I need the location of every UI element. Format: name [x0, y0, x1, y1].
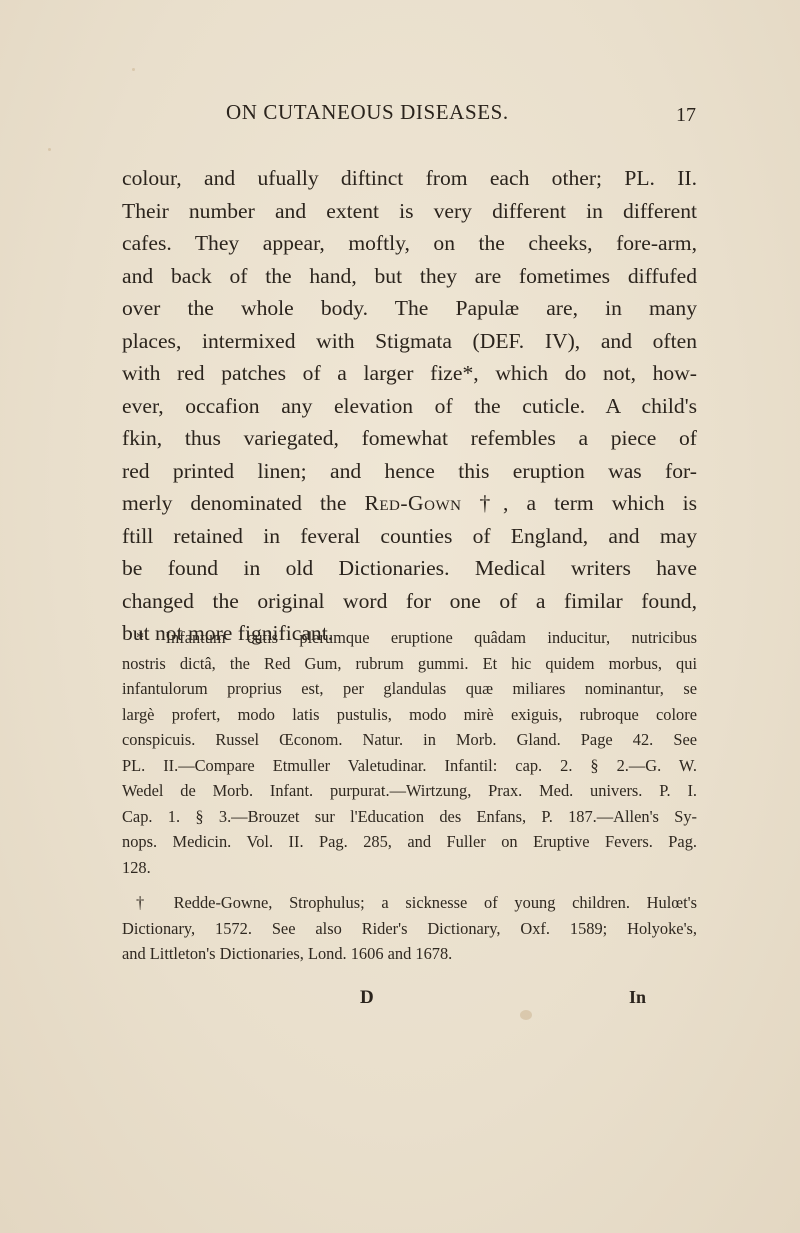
footnote-dagger: † Redde-Gowne, Strophulus; a sicknesse o…	[122, 890, 697, 967]
body-paragraph: colour, and ufually diftinct from each o…	[122, 162, 697, 650]
body-line: and back of the hand, but they are fomet…	[122, 260, 697, 293]
body-line: places, intermixed with Stigmata (DEF. I…	[122, 325, 697, 358]
body-line: red printed linen; and hence this erupti…	[122, 455, 697, 488]
footnote-line: nops. Medicin. Vol. II. Pag. 285, and Fu…	[122, 829, 697, 855]
running-head: ON CUTANEOUS DISEASES. 17	[226, 100, 696, 130]
footnote-line: * Infantum cutis plerumque eruptione quâ…	[122, 625, 697, 651]
footnote-star: * Infantum cutis plerumque eruptione quâ…	[122, 625, 697, 880]
footnote-line: conspicuis. Russel Œconom. Natur. in Mor…	[122, 727, 697, 753]
signature-mark: D	[360, 987, 374, 1009]
page-number: 17	[676, 104, 696, 127]
paper-speck	[132, 68, 135, 71]
body-line-red-gown: merly denominated the Red-Gown †, a term…	[122, 487, 697, 520]
body-line: ftill retained in feveral counties of En…	[122, 520, 697, 553]
body-line: colour, and ufually diftinct from each o…	[122, 162, 697, 195]
body-line: changed the original word for one of a f…	[122, 585, 697, 618]
running-title: ON CUTANEOUS DISEASES.	[226, 100, 509, 125]
body-line: fkin, thus variegated, fomewhat refemble…	[122, 422, 697, 455]
footnote-line: largè profert, modo latis pustulis, modo…	[122, 702, 697, 728]
body-line-end: , a term which is	[503, 491, 697, 515]
footnote-line: infantulorum proprius est, per glandulas…	[122, 676, 697, 702]
catchword: In	[629, 987, 646, 1008]
body-line: Their number and extent is very differen…	[122, 195, 697, 228]
body-line: over the whole body. The Papulæ are, in …	[122, 292, 697, 325]
dagger-footnote-ref[interactable]: †	[461, 491, 503, 515]
red-gown-term: Red-Gown	[364, 491, 461, 515]
footnote-line: PL. II.—Compare Etmuller Valetudinar. In…	[122, 753, 697, 779]
footnote-line: and Littleton's Dictionaries, Lond. 1606…	[122, 941, 697, 967]
footnote-line: nostris dictâ, the Red Gum, rubrum gummi…	[122, 651, 697, 677]
footnote-line: 128.	[122, 855, 697, 881]
book-page: ON CUTANEOUS DISEASES. 17 colour, and uf…	[0, 0, 800, 1233]
body-line: cafes. They appear, moftly, on the cheek…	[122, 227, 697, 260]
footnote-line: † Redde-Gowne, Strophulus; a sicknesse o…	[122, 890, 697, 916]
paper-stain	[520, 1010, 532, 1020]
footnote-line: Wedel de Morb. Infant. purpurat.—Wirtzun…	[122, 778, 697, 804]
footnote-line: Cap. 1. § 3.—Brouzet sur l'Education des…	[122, 804, 697, 830]
body-line: ever, occafion any elevation of the cuti…	[122, 390, 697, 423]
footnotes: * Infantum cutis plerumque eruptione quâ…	[122, 625, 697, 977]
body-line: be found in old Dictionaries. Medical wr…	[122, 552, 697, 585]
body-line-start: merly denominated the	[122, 491, 346, 515]
paper-speck	[48, 148, 51, 151]
footnote-line: Dictionary, 1572. See also Rider's Dicti…	[122, 916, 697, 942]
body-line: with red patches of a larger fize*, whic…	[122, 357, 697, 390]
